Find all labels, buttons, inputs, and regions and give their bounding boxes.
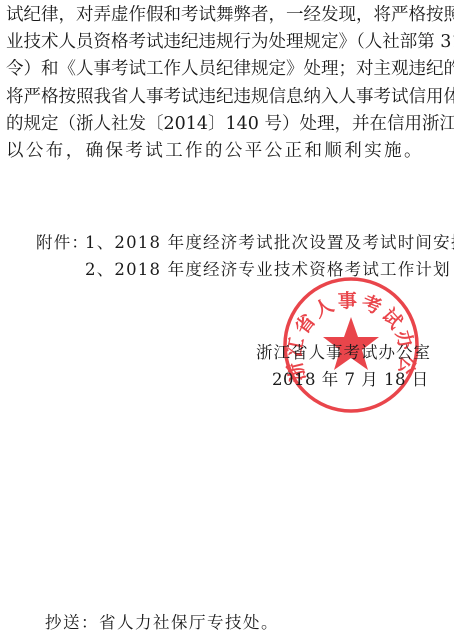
attachments-label: 附件： <box>36 232 89 254</box>
cc-line: 抄送：省人力社保厅专技处。 <box>45 612 279 634</box>
body-line-2: 业技术人员资格考试违纪违规行为处理规定》（人社部第 31 号 <box>6 31 448 53</box>
body-line-3: 令）和《人事考试工作人员纪律规定》处理；对主观违纪的， <box>6 58 448 80</box>
signature-organization: 浙江省人事考试办公室 <box>256 342 431 364</box>
signature-date: 2018 年 7 月 18 日 <box>272 369 429 391</box>
body-line-1: 试纪律，对弄虚作假和考试舞弊者，一经发现，将严格按照《专 <box>6 4 448 26</box>
body-line-5: 的规定（浙人社发〔2014〕140 号）处理，并在信用浙江网上予 <box>6 113 448 135</box>
attachment-item-1: 1、2018 年度经济考试批次设置及考试时间安排 <box>85 232 454 254</box>
body-line-4: 将严格按照我省人事考试违纪违规信息纳入人事考试信用体系 <box>6 86 448 108</box>
body-line-6: 以公布，确保考试工作的公平公正和顺利实施。 <box>6 140 448 162</box>
